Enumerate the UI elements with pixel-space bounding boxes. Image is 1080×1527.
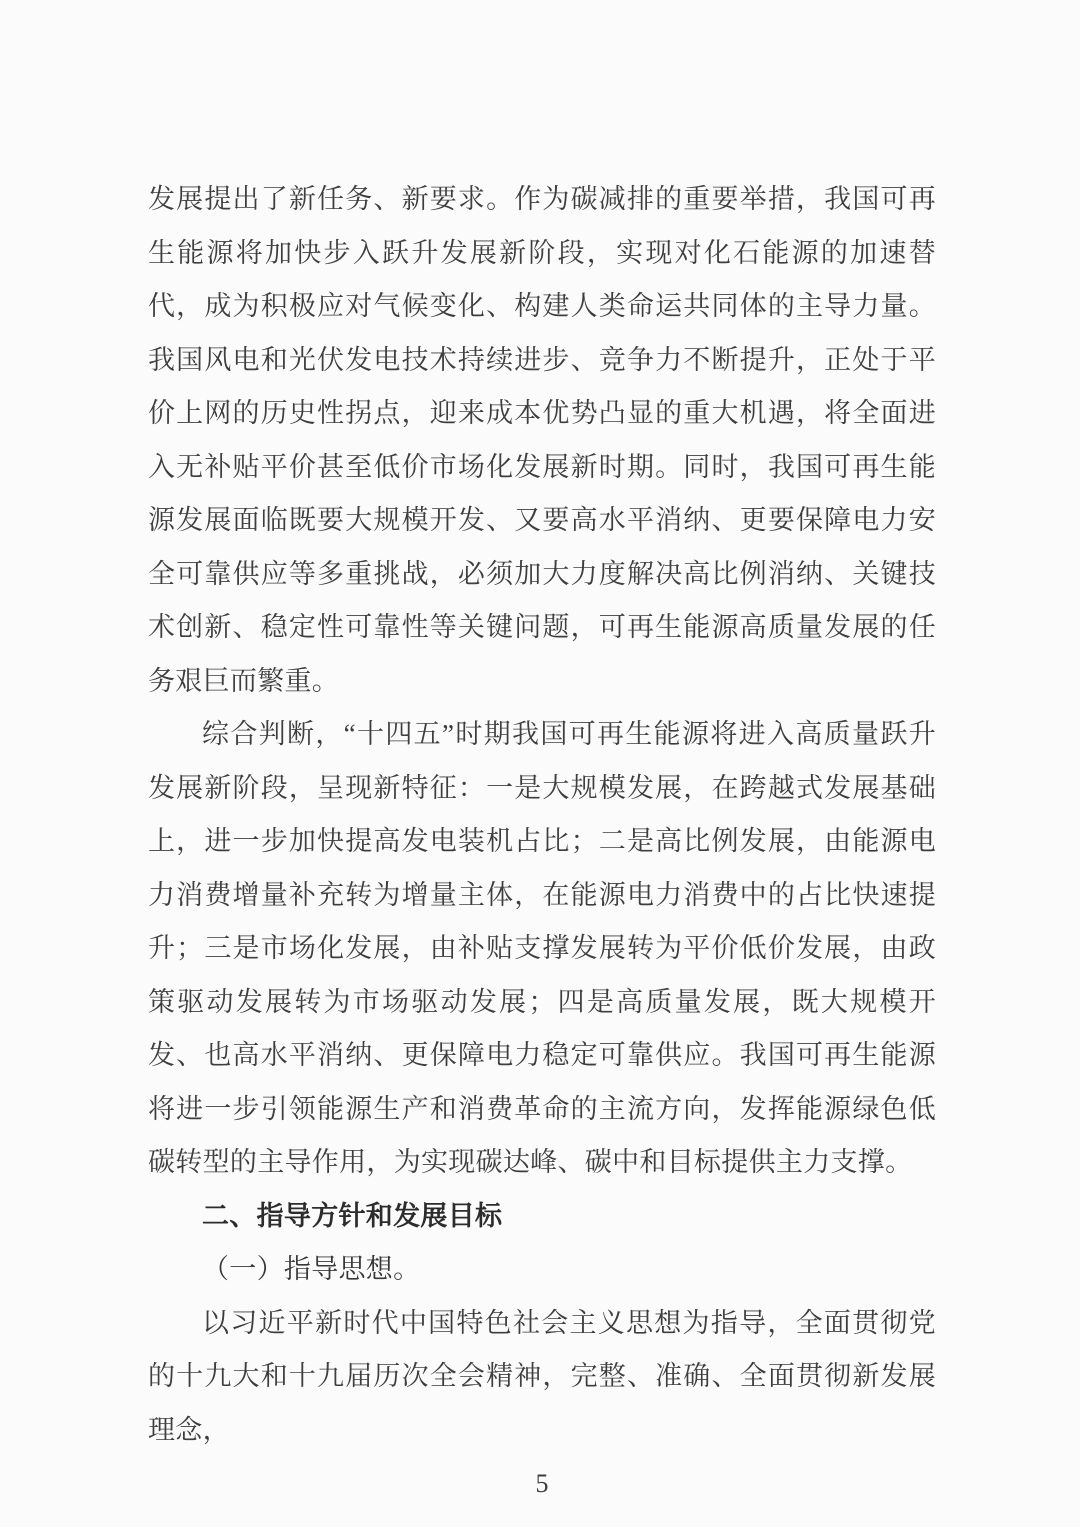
paragraph-overall-judgement: 综合判断，“十四五”时期我国可再生能源将进入高质量跃升发展新阶段，呈现新特征：一…: [148, 708, 936, 1190]
document-page: 发展提出了新任务、新要求。作为碳减排的重要举措，我国可再生能源将加快步入跃升发展…: [0, 0, 1080, 1527]
subsection-heading: （一）指导思想。: [148, 1243, 936, 1297]
text-block: 发展提出了新任务、新要求。作为碳减排的重要举措，我国可再生能源将加快步入跃升发展…: [148, 173, 936, 1511]
paragraph-continuation: 发展提出了新任务、新要求。作为碳减排的重要举措，我国可再生能源将加快步入跃升发展…: [148, 173, 936, 708]
paragraph-guiding-ideology: 以习近平新时代中国特色社会主义思想为指导，全面贯彻党的十九大和十九届历次全会精神…: [148, 1297, 936, 1458]
page-number: 5: [148, 1457, 936, 1511]
section-heading: 二、指导方针和发展目标: [148, 1190, 936, 1244]
